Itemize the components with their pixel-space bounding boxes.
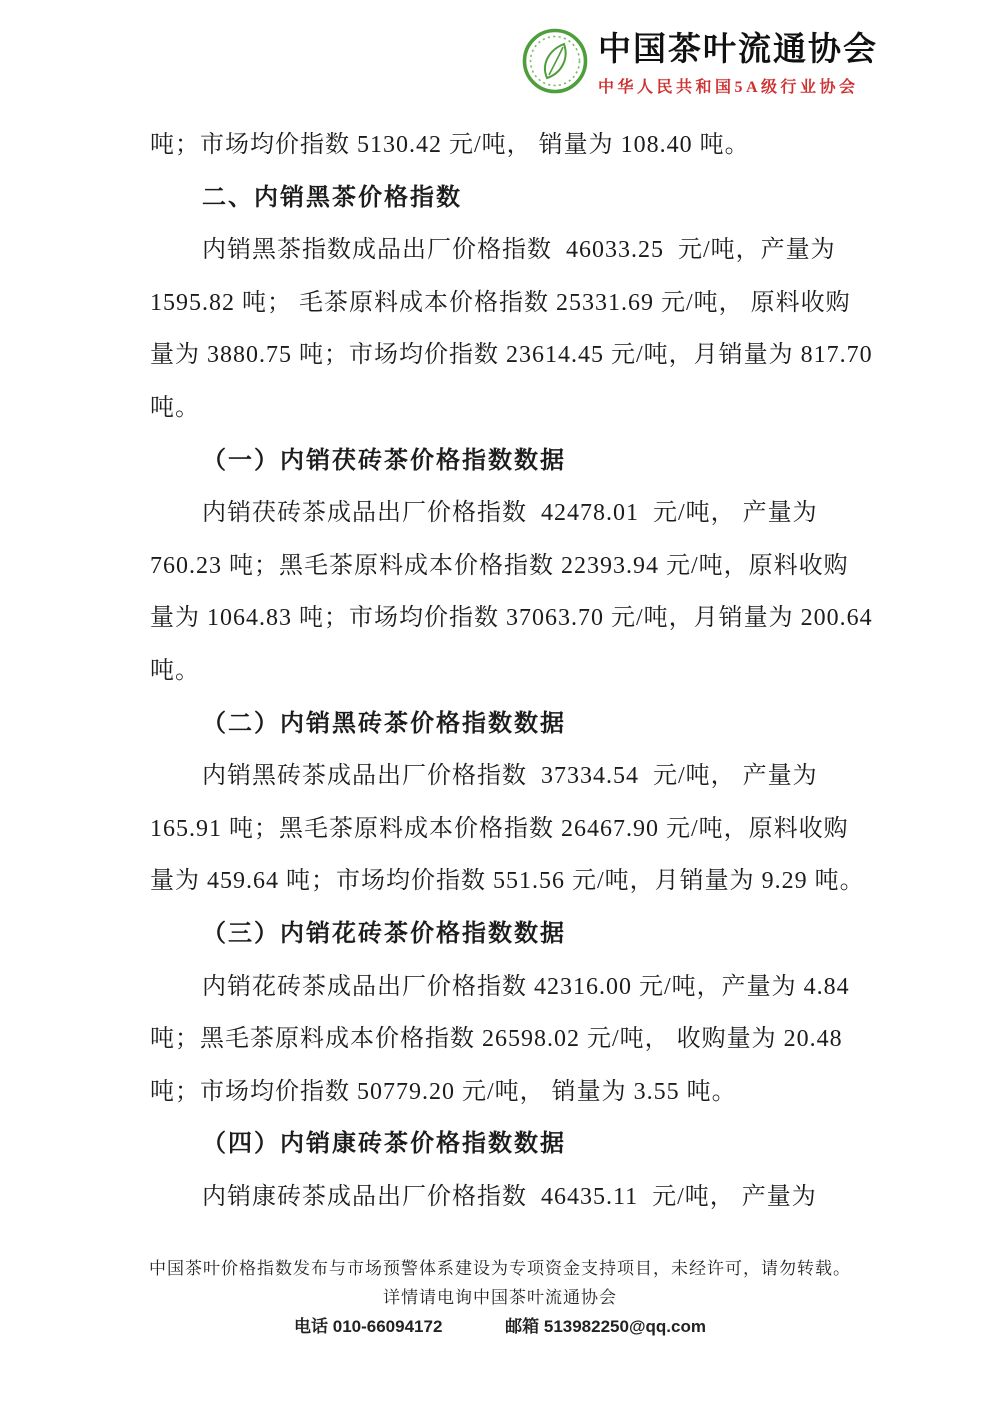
org-name: 中国茶叶流通协会 — [598, 32, 878, 68]
body-line: 内销黑茶指数成品出厂价格指数 46033.25 元/吨，产量为 — [150, 224, 862, 277]
body-line: 吨。 — [150, 645, 862, 698]
document-page: 中国茶叶流通协会 中华人民共和国5A级行业协会 吨；市场均价指数 5130.42… — [0, 0, 1000, 1413]
section-heading: 二、内销黑茶价格指数 — [150, 172, 862, 225]
body-line: 760.23 吨；黑毛茶原料成本价格指数 22393.94 元/吨，原料收购 — [150, 540, 862, 593]
contact-email: 邮箱 513982250@qq.com — [505, 1317, 706, 1336]
body-line: 吨。 — [150, 382, 862, 435]
body-line: 1595.82 吨； 毛茶原料成本价格指数 25331.69 元/吨， 原料收购 — [150, 277, 862, 330]
document-body: 吨；市场均价指数 5130.42 元/吨， 销量为 108.40 吨。 二、内销… — [150, 119, 862, 1223]
body-line: 吨；黑毛茶原料成本价格指数 26598.02 元/吨， 收购量为 20.48 — [150, 1013, 862, 1066]
section-heading: （一）内销茯砖茶价格指数数据 — [150, 435, 862, 488]
org-text-block: 中国茶叶流通协会 中华人民共和国5A级行业协会 — [598, 28, 878, 97]
header: 中国茶叶流通协会 中华人民共和国5A级行业协会 — [522, 28, 878, 97]
body-line: 内销茯砖茶成品出厂价格指数 42478.01 元/吨， 产量为 — [150, 487, 862, 540]
footer-notice: 中国茶叶价格指数发布与市场预警体系建设为专项资金支持项目，未经许可，请勿转载。 — [0, 1254, 1000, 1283]
body-line: 量为 3880.75 吨；市场均价指数 23614.45 元/吨，月销量为 81… — [150, 329, 862, 382]
org-subtitle: 中华人民共和国5A级行业协会 — [598, 74, 878, 97]
footer-contact: 电话 010-66094172 邮箱 513982250@qq.com — [0, 1312, 1000, 1341]
body-line: 吨；市场均价指数 5130.42 元/吨， 销量为 108.40 吨。 — [150, 119, 862, 172]
contact-phone: 电话 010-66094172 — [294, 1317, 442, 1336]
footer: 中国茶叶价格指数发布与市场预警体系建设为专项资金支持项目，未经许可，请勿转载。 … — [0, 1254, 1000, 1341]
tea-leaf-emblem-icon — [522, 28, 588, 94]
body-line: 165.91 吨；黑毛茶原料成本价格指数 26467.90 元/吨，原料收购 — [150, 803, 862, 856]
section-heading: （三）内销花砖茶价格指数数据 — [150, 908, 862, 961]
body-line: 量为 459.64 吨；市场均价指数 551.56 元/吨，月销量为 9.29 … — [150, 855, 862, 908]
body-line: 量为 1064.83 吨；市场均价指数 37063.70 元/吨，月销量为 20… — [150, 592, 862, 645]
body-line: 内销康砖茶成品出厂价格指数 46435.11 元/吨， 产量为 — [150, 1171, 862, 1224]
body-line: 内销花砖茶成品出厂价格指数 42316.00 元/吨，产量为 4.84 — [150, 961, 862, 1014]
body-line: 吨；市场均价指数 50779.20 元/吨， 销量为 3.55 吨。 — [150, 1066, 862, 1119]
footer-inquiry: 详情请电询中国茶叶流通协会 — [0, 1283, 1000, 1312]
section-heading: （二）内销黑砖茶价格指数数据 — [150, 698, 862, 751]
section-heading: （四）内销康砖茶价格指数数据 — [150, 1118, 862, 1171]
body-line: 内销黑砖茶成品出厂价格指数 37334.54 元/吨， 产量为 — [150, 750, 862, 803]
